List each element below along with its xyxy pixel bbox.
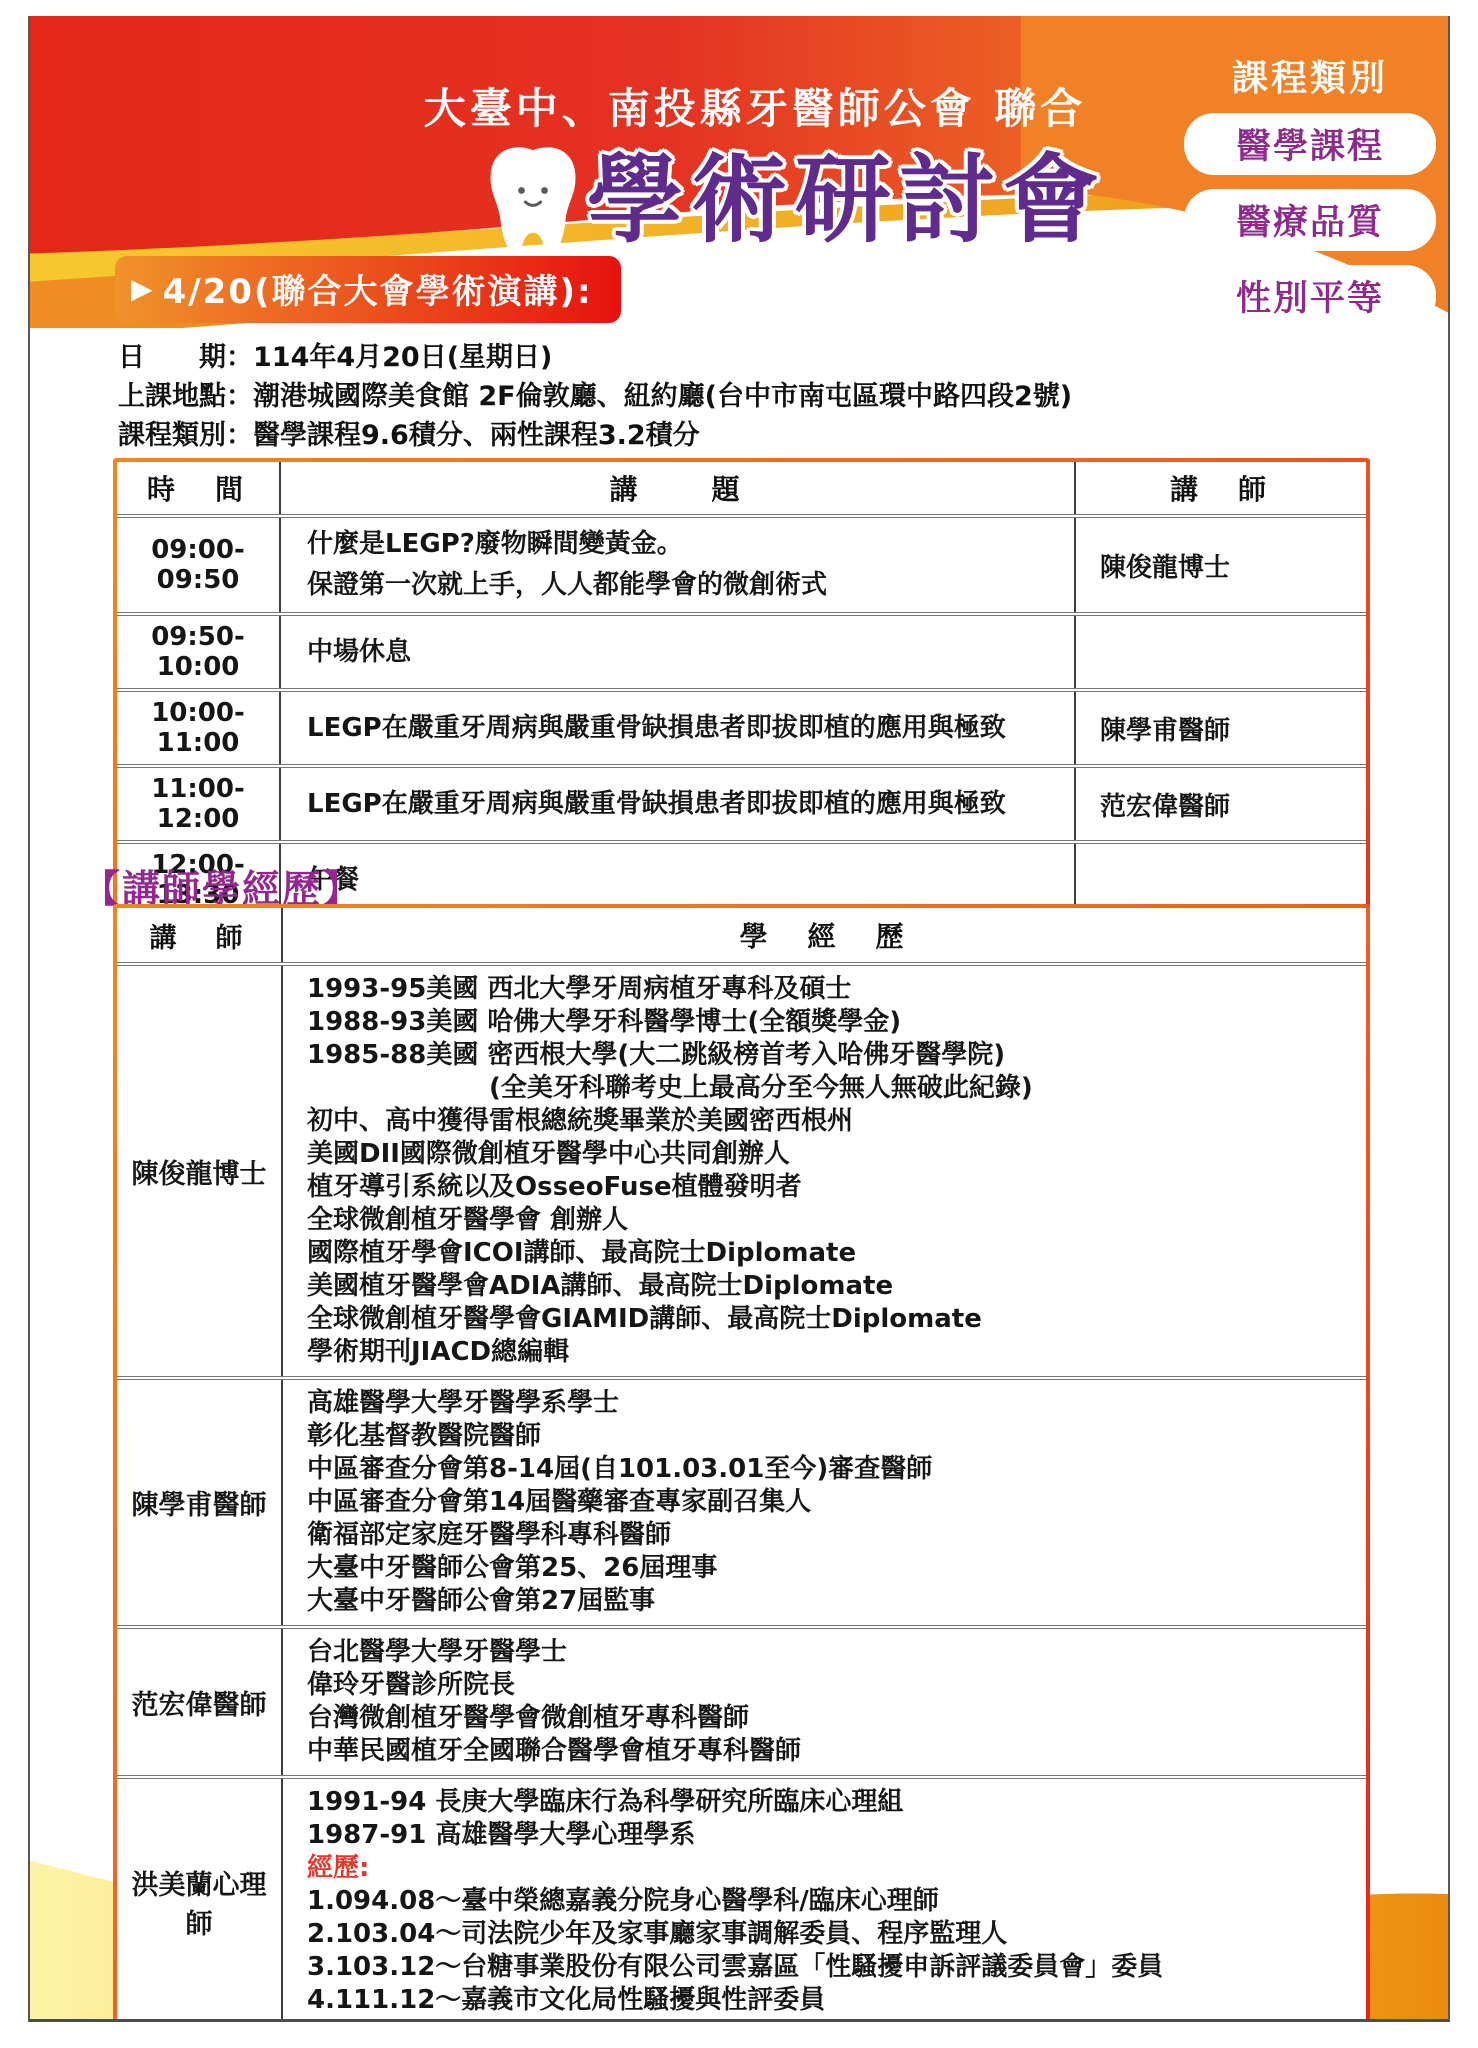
schedule-header-row: 時 間 講 題 講 師 — [117, 462, 1366, 516]
bio-cell: 1993-95美國 西北大學牙周病植牙專科及碩士1988-93美國 哈佛大學牙科… — [282, 964, 1366, 1378]
table-row: 09:50-10:00 中場休息 — [117, 614, 1366, 690]
table-row: 陳俊龍博士 1993-95美國 西北大學牙周病植牙專科及碩士1988-93美國 … — [117, 964, 1366, 1378]
time-cell: 11:00-12:00 — [117, 766, 280, 842]
topic-cell: 什麼是LEGP?廢物瞬間變黃金。保證第一次就上手，人人都能學會的微創術式 — [280, 516, 1075, 614]
bio-cell: 高雄醫學大學牙醫學系學士彰化基督教醫院醫師中區審查分會第8-14屆(自101.0… — [282, 1378, 1366, 1627]
speaker-header: 講 師 — [1075, 462, 1366, 516]
bio-table: 講 師 學 經 歷 陳俊龍博士 1993-95美國 西北大學牙周病植牙專科及碩士… — [113, 904, 1370, 2022]
category-badge: 醫療品質 — [1184, 189, 1436, 251]
speaker-cell: 陳學甫醫師 — [1075, 690, 1366, 766]
lecturer-header: 講 師 — [117, 908, 282, 964]
banner-label: 4/20(聯合大會學術演講): — [163, 264, 593, 313]
section-banner: ▶ 4/20(聯合大會學術演講): — [115, 256, 621, 323]
course-category-box: 課程類別 醫學課程醫療品質性別平等 — [1178, 50, 1442, 341]
topic-cell: LEGP在嚴重牙周病與嚴重骨缺損患者即拔即植的應用與極致 — [280, 766, 1075, 842]
category-badge: 醫學課程 — [1184, 113, 1436, 175]
info-line: 日 期：114年4月20日(星期日) — [118, 338, 1378, 377]
category-badges: 醫學課程醫療品質性別平等 — [1178, 113, 1442, 327]
topic-header: 講 題 — [280, 462, 1075, 516]
time-header: 時 間 — [117, 462, 280, 516]
bio-cell: 台北醫學大學牙醫學士偉玲牙醫診所院長台灣微創植牙醫學會微創植牙專科醫師中華民國植… — [282, 1627, 1366, 1777]
time-cell: 10:00-11:00 — [117, 690, 280, 766]
poster-page: 大臺中、南投縣牙醫師公會 聯合 學術研討會 課程類別 醫學課程醫療品質性別平等 … — [28, 16, 1450, 2022]
table-row: 陳學甫醫師 高雄醫學大學牙醫學系學士彰化基督教醫院醫師中區審查分會第8-14屆(… — [117, 1378, 1366, 1627]
bio-header: 學 經 歷 — [282, 908, 1366, 964]
topic-cell: 中場休息 — [280, 614, 1075, 690]
table-row: 09:00-09:50 什麼是LEGP?廢物瞬間變黃金。保證第一次就上手，人人都… — [117, 516, 1366, 614]
bio-cell: 1991-94 長庚大學臨床行為科學研究所臨床心理組1987-91 高雄醫學大學… — [282, 1777, 1366, 2022]
speaker-cell — [1075, 614, 1366, 690]
info-line: 課程類別：醫學課程9.6積分、兩性課程3.2積分 — [118, 416, 1378, 455]
triangle-icon: ▶ — [131, 272, 155, 305]
table-row: 10:00-11:00 LEGP在嚴重牙周病與嚴重骨缺損患者即拔即植的應用與極致… — [117, 690, 1366, 766]
info-line: 上課地點：潮港城國際美食館 2F倫敦廳、紐約廳(台中市南屯區環中路四段2號) — [118, 377, 1378, 416]
page-title: 學術研討會 — [587, 124, 1107, 261]
lecturer-cell: 陳學甫醫師 — [117, 1378, 282, 1627]
lecturer-cell: 范宏偉醫師 — [117, 1627, 282, 1777]
category-badge: 性別平等 — [1184, 265, 1436, 327]
table-row: 范宏偉醫師 台北醫學大學牙醫學士偉玲牙醫診所院長台灣微創植牙醫學會微創植牙專科醫… — [117, 1627, 1366, 1777]
bio-header-row: 講 師 學 經 歷 — [117, 908, 1366, 964]
table-row: 11:00-12:00 LEGP在嚴重牙周病與嚴重骨缺損患者即拔即植的應用與極致… — [117, 766, 1366, 842]
table-row: 洪美蘭心理師 1991-94 長庚大學臨床行為科學研究所臨床心理組1987-91… — [117, 1777, 1366, 2022]
lecturer-cell: 陳俊龍博士 — [117, 964, 282, 1378]
tooth-icon — [485, 144, 581, 260]
main-title-row: 學術研討會 — [485, 124, 1107, 261]
time-cell: 09:50-10:00 — [117, 614, 280, 690]
lecturer-cell: 洪美蘭心理師 — [117, 1777, 282, 2022]
speaker-cell: 陳俊龍博士 — [1075, 516, 1366, 614]
category-label: 課程類別 — [1178, 50, 1442, 101]
speaker-cell: 范宏偉醫師 — [1075, 766, 1366, 842]
topic-cell: LEGP在嚴重牙周病與嚴重骨缺損患者即拔即植的應用與極致 — [280, 690, 1075, 766]
time-cell: 09:00-09:50 — [117, 516, 280, 614]
